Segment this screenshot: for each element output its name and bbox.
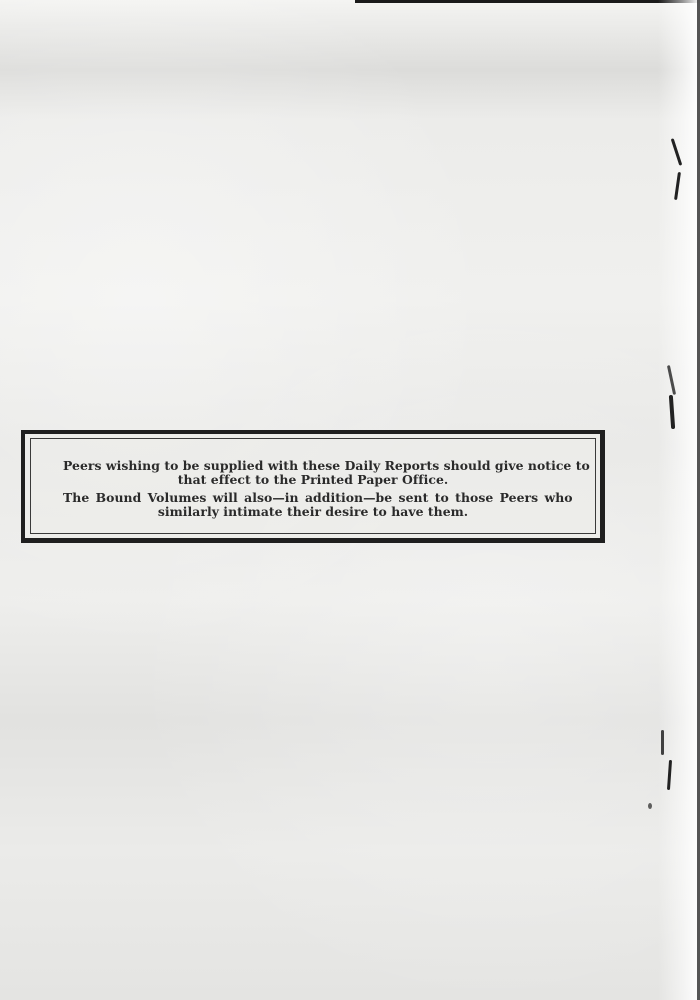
notice-paragraph-bound-volumes: The Bound Volumes will also—in addition—… [63, 491, 563, 519]
notice-line: that effect to the Printed Paper Office. [63, 473, 563, 487]
ink-spot [648, 803, 652, 809]
binding-mark [661, 730, 664, 755]
scanned-page: Peers wishing to be supplied with these … [0, 0, 700, 1000]
notice-inner-frame: Peers wishing to be supplied with these … [30, 438, 596, 534]
notice-paragraph-daily-reports: Peers wishing to be supplied with these … [63, 459, 563, 487]
top-edge-rule [355, 0, 700, 3]
notice-line: The Bound Volumes will also—in addition—… [63, 491, 563, 505]
notice-line: Peers wishing to be supplied with these … [63, 459, 563, 473]
right-margin [658, 0, 700, 1000]
notice-box: Peers wishing to be supplied with these … [21, 430, 605, 543]
notice-line: similarly intimate their desire to have … [63, 505, 563, 519]
